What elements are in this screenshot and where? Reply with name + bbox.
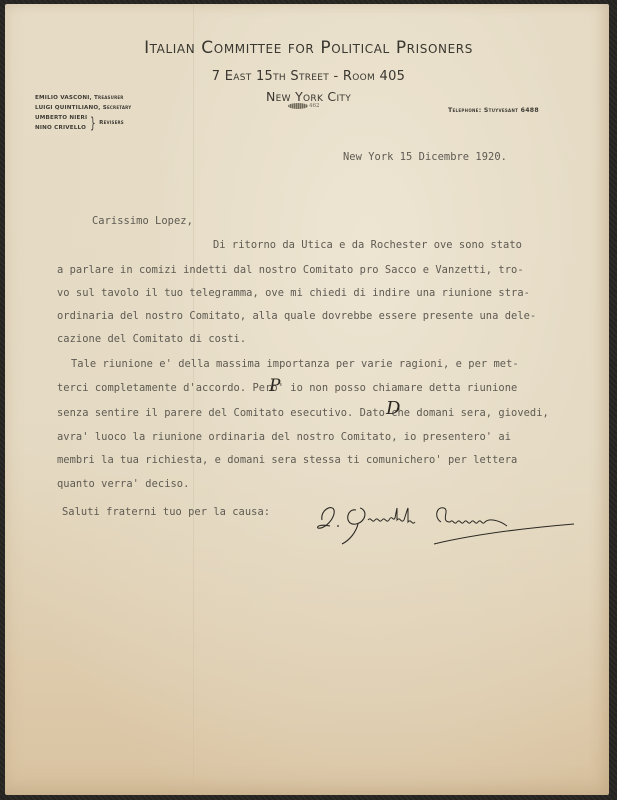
body-line: Tale riunione e' della massima importanz… bbox=[71, 358, 519, 370]
paper-fold-line bbox=[193, 4, 194, 795]
salutation: Carissimo Lopez, bbox=[92, 215, 193, 227]
officers-list: EMILIO VASCONI, Treasurer LUIGI QUINTILI… bbox=[35, 93, 131, 133]
letterhead-address: 7 East 15th Street - Room 405 bbox=[0, 69, 617, 84]
officers-revisers: UMBERTO NIERI NINO CRIVELLO } Revisers bbox=[35, 113, 131, 133]
signature bbox=[316, 500, 576, 550]
union-bug-icon bbox=[288, 103, 308, 109]
union-label: 462 bbox=[288, 103, 320, 109]
body-line: membri la tua richiesta, e domani sera s… bbox=[57, 454, 517, 466]
body-line: Di ritorno da Utica e da Rochester ove s… bbox=[213, 239, 522, 251]
body-line: terci completamente d'accordo. Pero' io … bbox=[57, 382, 517, 394]
handwritten-d-mark: D bbox=[386, 398, 400, 419]
officer-treasurer: EMILIO VASCONI, Treasurer bbox=[35, 93, 131, 103]
body-line: senza sentire il parere del Comitato ese… bbox=[57, 407, 549, 419]
letterhead-organization: Italian Committee for Political Prisoner… bbox=[0, 38, 617, 58]
brace-icon: } bbox=[90, 114, 96, 132]
officer-secretary: LUIGI QUINTILIANO, Secretary bbox=[35, 103, 131, 113]
closing: Saluti fraterni tuo per la causa: bbox=[62, 506, 270, 518]
body-line: quanto verra' deciso. bbox=[57, 478, 189, 490]
letterhead-telephone: Telephone: Stuyvesant 6488 bbox=[448, 107, 539, 114]
body-line: a parlare in comizi indetti dal nostro C… bbox=[57, 264, 524, 276]
body-line: ordinaria del nostro Comitato, alla qual… bbox=[57, 310, 536, 322]
body-line: vo sul tavolo il tuo telegramma, ove mi … bbox=[57, 287, 530, 299]
date-line: New York 15 Dicembre 1920. bbox=[343, 151, 507, 163]
body-line: cazione del Comitato di costi. bbox=[57, 333, 246, 345]
body-line: avra' luoco la riunione ordinaria del no… bbox=[57, 431, 511, 443]
handwritten-p-mark: P bbox=[269, 376, 280, 396]
